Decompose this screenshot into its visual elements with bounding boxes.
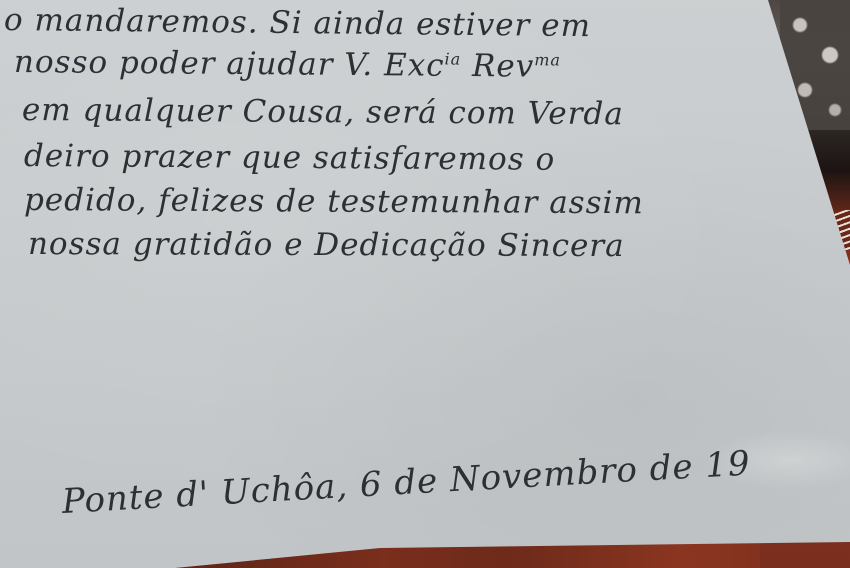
letter-line-4: deiro prazer que satisfaremos o [24, 138, 555, 178]
abbrev-rev: Rev [472, 48, 535, 85]
abbrev-sup-2: ma [534, 50, 561, 69]
letter-line-5: pedido, felizes de testemunhar assim [24, 182, 644, 221]
abbrev-sup-1: ia [445, 49, 462, 68]
letter-line-2: nosso poder ajudar V. Excia Revma [14, 44, 561, 85]
dateline-year: 19 [704, 444, 751, 486]
letter-line-6: nossa gratidão e Dedicação Sincera [28, 226, 625, 264]
dateline-day: 6 [359, 464, 384, 505]
letter-line-3: em qualquer Cousa, será com Verda [22, 92, 624, 132]
letter-line-1: o mandaremos. Si ainda estiver em [4, 2, 591, 44]
dateline-de: de [393, 461, 439, 503]
dateline-de-2: de [649, 447, 695, 489]
letter-line-2-text: nosso poder ajudar V. Exc [14, 44, 445, 84]
